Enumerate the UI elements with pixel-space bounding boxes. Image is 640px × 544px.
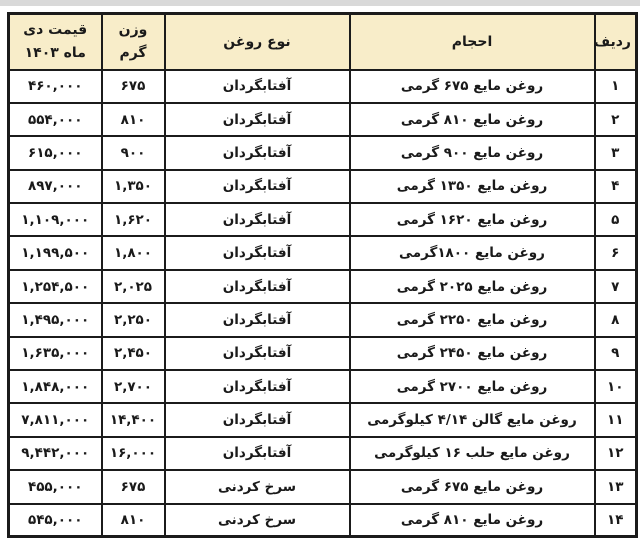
cell-row-number: ۹: [595, 337, 637, 370]
cell-price: ۶۱۵,۰۰۰: [9, 136, 102, 169]
cell-weight-grams: ۱,۶۲۰: [102, 203, 165, 236]
cell-weight-grams: ۱۶,۰۰۰: [102, 437, 165, 470]
cell-row-number: ۱۴: [595, 504, 637, 537]
cell-price: ۵۵۴,۰۰۰: [9, 103, 102, 136]
cell-row-number: ۲: [595, 103, 637, 136]
oil-price-table: ردیف احجام نوع روغن وزن گرم قیمت دی ماه …: [7, 12, 638, 538]
cell-volume: روغن مایع ۸۱۰ گرمی: [350, 504, 595, 537]
cell-volume: روغن مایع حلب ۱۶ کیلوگرمی: [350, 437, 595, 470]
cell-volume: روغن مایع ۲۲۵۰ گرمی: [350, 303, 595, 336]
cell-price: ۸۹۷,۰۰۰: [9, 170, 102, 203]
cell-weight-grams: ۲,۷۰۰: [102, 370, 165, 403]
cell-volume: روغن مایع ۱۸۰۰گرمی: [350, 236, 595, 269]
cell-oil-type: آفتابگردان: [165, 337, 350, 370]
table-row: ۷روغن مایع ۲۰۲۵ گرمیآفتابگردان۲,۰۲۵۱,۲۵۴…: [9, 270, 637, 303]
table-header: ردیف احجام نوع روغن وزن گرم قیمت دی ماه …: [9, 14, 637, 70]
cell-oil-type: آفتابگردان: [165, 437, 350, 470]
cell-row-number: ۶: [595, 236, 637, 269]
cell-oil-type: آفتابگردان: [165, 270, 350, 303]
table-row: ۱۴روغن مایع ۸۱۰ گرمیسرخ کردنی۸۱۰۵۴۵,۰۰۰: [9, 504, 637, 537]
cell-price: ۱,۱۰۹,۰۰۰: [9, 203, 102, 236]
table-row: ۱۳روغن مایع ۶۷۵ گرمیسرخ کردنی۶۷۵۴۵۵,۰۰۰: [9, 470, 637, 503]
header-row-number: ردیف: [595, 14, 637, 70]
cell-weight-grams: ۶۷۵: [102, 470, 165, 503]
table-row: ۲روغن مایع ۸۱۰ گرمیآفتابگردان۸۱۰۵۵۴,۰۰۰: [9, 103, 637, 136]
table-row: ۱۰روغن مایع ۲۷۰۰ گرمیآفتابگردان۲,۷۰۰۱,۸۴…: [9, 370, 637, 403]
cell-price: ۱,۴۹۵,۰۰۰: [9, 303, 102, 336]
table-body: ۱روغن مایع ۶۷۵ گرمیآفتابگردان۶۷۵۴۶۰,۰۰۰۲…: [9, 70, 637, 537]
cell-oil-type: آفتابگردان: [165, 203, 350, 236]
table-row: ۱روغن مایع ۶۷۵ گرمیآفتابگردان۶۷۵۴۶۰,۰۰۰: [9, 70, 637, 103]
cell-volume: روغن مایع ۲۰۲۵ گرمی: [350, 270, 595, 303]
cell-volume: روغن مایع ۲۴۵۰ گرمی: [350, 337, 595, 370]
cell-oil-type: آفتابگردان: [165, 136, 350, 169]
cell-weight-grams: ۶۷۵: [102, 70, 165, 103]
cell-volume: روغن مایع ۱۶۲۰ گرمی: [350, 203, 595, 236]
cell-weight-grams: ۸۱۰: [102, 103, 165, 136]
cell-price: ۱,۲۵۴,۵۰۰: [9, 270, 102, 303]
cell-row-number: ۱۲: [595, 437, 637, 470]
cell-row-number: ۱: [595, 70, 637, 103]
cell-volume: روغن مایع ۹۰۰ گرمی: [350, 136, 595, 169]
cell-oil-type: آفتابگردان: [165, 103, 350, 136]
cell-weight-grams: ۹۰۰: [102, 136, 165, 169]
cell-oil-type: آفتابگردان: [165, 370, 350, 403]
header-volumes: احجام: [350, 14, 595, 70]
cell-price: ۴۵۵,۰۰۰: [9, 470, 102, 503]
cell-row-number: ۷: [595, 270, 637, 303]
cell-price: ۴۶۰,۰۰۰: [9, 70, 102, 103]
cell-volume: روغن مایع ۶۷۵ گرمی: [350, 470, 595, 503]
cell-volume: روغن مایع ۸۱۰ گرمی: [350, 103, 595, 136]
header-oil-type: نوع روغن: [165, 14, 350, 70]
cell-oil-type: آفتابگردان: [165, 70, 350, 103]
cell-price: ۵۴۵,۰۰۰: [9, 504, 102, 537]
cell-price: ۱,۸۴۸,۰۰۰: [9, 370, 102, 403]
table-row: ۱۲روغن مایع حلب ۱۶ کیلوگرمیآفتابگردان۱۶,…: [9, 437, 637, 470]
cell-price: ۹,۴۴۲,۰۰۰: [9, 437, 102, 470]
cell-oil-type: آفتابگردان: [165, 403, 350, 436]
table-row: ۶روغن مایع ۱۸۰۰گرمیآفتابگردان۱,۸۰۰۱,۱۹۹,…: [9, 236, 637, 269]
cell-row-number: ۸: [595, 303, 637, 336]
cell-weight-grams: ۲,۴۵۰: [102, 337, 165, 370]
cell-price: ۷,۸۱۱,۰۰۰: [9, 403, 102, 436]
cell-row-number: ۴: [595, 170, 637, 203]
cell-row-number: ۳: [595, 136, 637, 169]
cell-weight-grams: ۲,۲۵۰: [102, 303, 165, 336]
header-row: ردیف احجام نوع روغن وزن گرم قیمت دی ماه …: [9, 14, 637, 70]
table-row: ۵روغن مایع ۱۶۲۰ گرمیآفتابگردان۱,۶۲۰۱,۱۰۹…: [9, 203, 637, 236]
table-row: ۱۱روغن مایع گالن ۴/۱۴ کیلوگرمیآفتابگردان…: [9, 403, 637, 436]
cell-row-number: ۱۳: [595, 470, 637, 503]
cell-volume: روغن مایع ۲۷۰۰ گرمی: [350, 370, 595, 403]
screenshot-top-strip: [0, 0, 640, 6]
cell-oil-type: آفتابگردان: [165, 303, 350, 336]
cell-oil-type: سرخ کردنی: [165, 504, 350, 537]
cell-oil-type: آفتابگردان: [165, 236, 350, 269]
cell-row-number: ۱۱: [595, 403, 637, 436]
table-row: ۴روغن مایع ۱۳۵۰ گرمیآفتابگردان۱,۳۵۰۸۹۷,۰…: [9, 170, 637, 203]
cell-price: ۱,۶۳۵,۰۰۰: [9, 337, 102, 370]
cell-volume: روغن مایع ۱۳۵۰ گرمی: [350, 170, 595, 203]
cell-weight-grams: ۸۱۰: [102, 504, 165, 537]
header-price-month: قیمت دی ماه ۱۴۰۳: [9, 14, 102, 70]
cell-volume: روغن مایع ۶۷۵ گرمی: [350, 70, 595, 103]
cell-oil-type: آفتابگردان: [165, 170, 350, 203]
table-row: ۸روغن مایع ۲۲۵۰ گرمیآفتابگردان۲,۲۵۰۱,۴۹۵…: [9, 303, 637, 336]
cell-weight-grams: ۱۴,۴۰۰: [102, 403, 165, 436]
table-row: ۹روغن مایع ۲۴۵۰ گرمیآفتابگردان۲,۴۵۰۱,۶۳۵…: [9, 337, 637, 370]
cell-weight-grams: ۱,۳۵۰: [102, 170, 165, 203]
cell-weight-grams: ۱,۸۰۰: [102, 236, 165, 269]
cell-volume: روغن مایع گالن ۴/۱۴ کیلوگرمی: [350, 403, 595, 436]
cell-row-number: ۵: [595, 203, 637, 236]
cell-row-number: ۱۰: [595, 370, 637, 403]
cell-price: ۱,۱۹۹,۵۰۰: [9, 236, 102, 269]
table-row: ۳روغن مایع ۹۰۰ گرمیآفتابگردان۹۰۰۶۱۵,۰۰۰: [9, 136, 637, 169]
cell-weight-grams: ۲,۰۲۵: [102, 270, 165, 303]
header-weight-grams: وزن گرم: [102, 14, 165, 70]
cell-oil-type: سرخ کردنی: [165, 470, 350, 503]
